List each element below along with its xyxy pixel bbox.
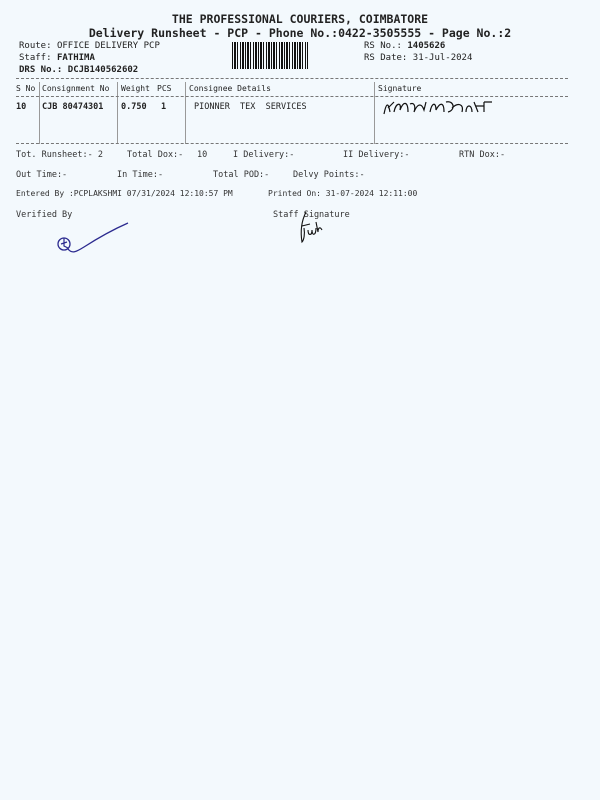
- col-header-pcs: PCS: [157, 84, 171, 93]
- entered-by: Entered By :PCPLAKSHMI 07/31/2024 12:10:…: [16, 189, 233, 198]
- route-label: Route:: [19, 41, 52, 51]
- col-header-consignee: Consignee Details: [189, 84, 271, 93]
- cell-consignment-no: CJB 80474301: [42, 102, 103, 112]
- verified-by-label: Verified By: [16, 210, 72, 220]
- cell-weight: 0.750: [121, 102, 147, 112]
- runsheet-subtitle: Delivery Runsheet - PCP - Phone No.:0422…: [0, 26, 600, 40]
- cell-consignee: PIONNER TEX SERVICES: [194, 102, 307, 112]
- rs-date-label: RS Date:: [364, 53, 407, 63]
- col-header-sno: S No: [16, 84, 35, 93]
- drs-label: DRS No.:: [19, 65, 62, 75]
- divider-top: [16, 78, 568, 79]
- rs-no-value: 1405626: [407, 41, 445, 51]
- column-divider: [374, 82, 375, 144]
- cell-pcs: 1: [161, 102, 166, 112]
- column-divider: [39, 82, 40, 144]
- divider-bottom: [16, 143, 568, 144]
- total-pod: Total POD:-: [213, 170, 269, 180]
- delvy-points: Delvy Points:-: [293, 170, 365, 180]
- rs-date-value: 31-Jul-2024: [413, 53, 473, 63]
- printed-on: Printed On: 31-07-2024 12:11:00: [268, 189, 417, 198]
- drs-line: DRS No.: DCJB140562602: [19, 65, 138, 76]
- company-title: THE PROFESSIONAL COURIERS, COIMBATORE: [0, 12, 600, 26]
- route-value: OFFICE DELIVERY PCP: [57, 41, 160, 51]
- total-dox-label: Total Dox:-: [127, 150, 183, 160]
- signature-receiver-icon: [380, 96, 520, 118]
- total-dox-value: 10: [197, 150, 207, 160]
- rs-no-label: RS No.:: [364, 41, 402, 51]
- route-line: Route: OFFICE DELIVERY PCP: [19, 41, 160, 52]
- drs-value: DCJB140562602: [68, 65, 138, 75]
- column-divider: [117, 82, 118, 144]
- i-delivery: I Delivery:-: [233, 150, 294, 160]
- staff-signature-icon: [296, 210, 326, 246]
- rs-no-line: RS No.: 1405626: [364, 41, 445, 52]
- rs-date-line: RS Date: 31-Jul-2024: [364, 53, 472, 64]
- col-header-weight: Weight: [121, 84, 150, 93]
- col-header-signature: Signature: [378, 84, 421, 93]
- ii-delivery: II Delivery:-: [343, 150, 410, 160]
- rtn-dox: RTN Dox:-: [459, 150, 505, 160]
- column-divider: [185, 82, 186, 144]
- barcode-icon: [232, 42, 308, 69]
- out-time: Out Time:-: [16, 170, 67, 180]
- tot-runsheet: Tot. Runsheet:- 2: [16, 150, 103, 160]
- staff-value: FATHIMA: [57, 53, 95, 63]
- staff-label: Staff:: [19, 53, 52, 63]
- staff-line: Staff: FATHIMA: [19, 53, 95, 64]
- in-time: In Time:-: [117, 170, 163, 180]
- cell-sno: 10: [16, 102, 26, 112]
- verifier-signature-icon: [54, 220, 134, 256]
- col-header-consignment: Consignment No: [42, 84, 109, 93]
